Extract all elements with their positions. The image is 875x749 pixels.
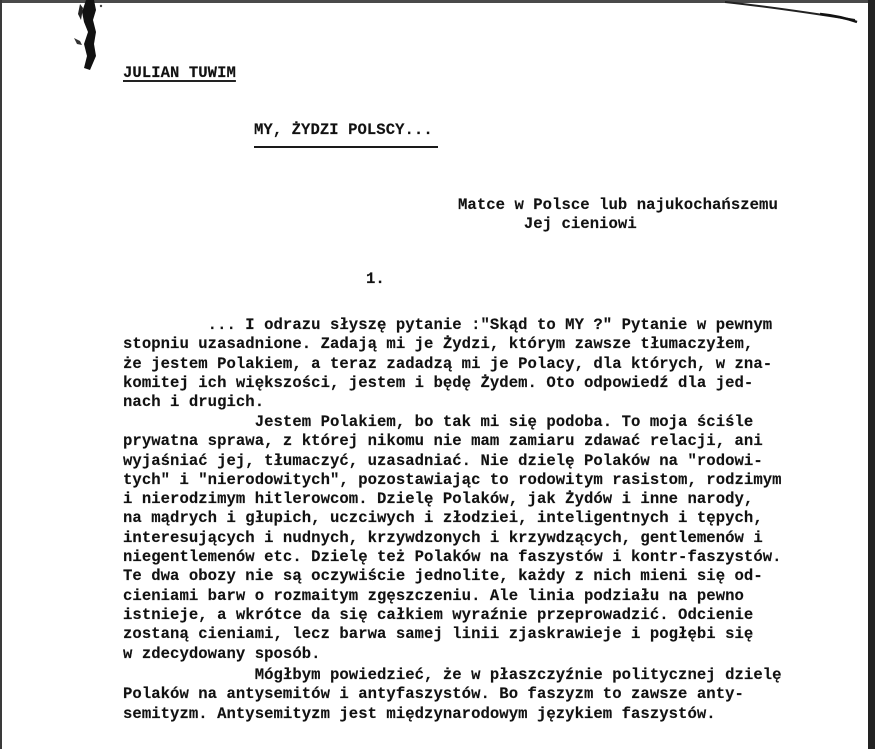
document-title: MY, ŻYDZI POLSCY... (254, 121, 433, 140)
text-line: Mógłbym powiedzieć, że w płaszczyźnie po… (123, 666, 782, 684)
text-line: Polaków na antysemitów i antyfaszystów. … (123, 685, 744, 703)
pen-stroke-mark (700, 0, 860, 30)
text-line: w zdecydowany sposób. (123, 645, 321, 663)
ink-blot-mark (72, 0, 106, 70)
dedication-line: Jej cieniowi (458, 215, 637, 233)
window-right-scrollbar-edge (868, 0, 875, 749)
text-line: zostaną cieniami, lecz barwa samej linii… (123, 625, 753, 643)
text-line: komitej ich większości, jestem i będę Ży… (123, 374, 753, 392)
text-line: że jestem Polakiem, a teraz zadadzą mi j… (123, 355, 772, 373)
paragraph-3: Mógłbym powiedzieć, że w płaszczyźnie po… (123, 666, 782, 724)
text-line: na mądrych i głupich, uczciwych i złodzi… (123, 509, 763, 527)
text-line: cieniami barw o rozmaitym zgęszczeniu. A… (123, 587, 744, 605)
text-line: prywatna sprawa, z której nikomu nie mam… (123, 432, 763, 450)
text-line: stopniu uzasadnione. Zadają mi je Żydzi,… (123, 335, 753, 353)
text-line: nach i drugich. (123, 393, 264, 411)
title-underline (254, 146, 438, 148)
text-line: Te dwa obozy nie są oczywiście jednolite… (123, 567, 763, 585)
text-line: istnieje, a wkrótce da się całkiem wyraź… (123, 606, 753, 624)
section-number: 1. (366, 270, 385, 289)
paragraph-1: ... I odrazu słyszę pytanie :"Skąd to MY… (123, 316, 772, 412)
paragraph-2: Jestem Polakiem, bo tak mi się podoba. T… (123, 413, 782, 664)
text-line: ... I odrazu słyszę pytanie :"Skąd to MY… (123, 316, 772, 334)
text-line: i nierodzimym hitlerowcom. Dzielę Polakó… (123, 490, 753, 508)
dedication-line: Matce w Polsce lub najukochańszemu (458, 196, 778, 214)
text-line: tych" i "nierodowitych", pozostawiając t… (123, 471, 782, 489)
dedication: Matce w Polsce lub najukochańszemu Jej c… (458, 196, 778, 235)
text-line: semityzm. Antysemityzm jest międzynarodo… (123, 705, 716, 723)
author-name: JULIAN TUWIM (123, 64, 236, 83)
text-line: interesujących i nudnych, krzywdzonych i… (123, 529, 763, 547)
text-line: Jestem Polakiem, bo tak mi się podoba. T… (123, 413, 753, 431)
text-line: wyjaśniać jej, tłumaczyć, uzasadniać. Ni… (123, 452, 763, 470)
text-line: niegentlemenów etc. Dzielę też Polaków n… (123, 548, 782, 566)
